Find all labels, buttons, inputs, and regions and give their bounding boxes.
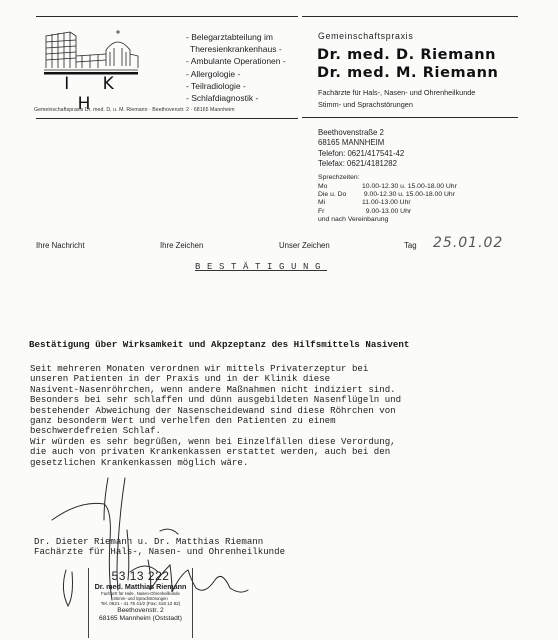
letter-heading: BESTÄTIGUNG	[195, 262, 327, 272]
services-list: - Belegarztabteilung im Theresienkranken…	[186, 31, 286, 104]
your-ref-label: Ihre Zeichen	[160, 241, 203, 250]
doctor-name-2: Dr. med. M. Riemann	[317, 65, 498, 81]
stamp-name: Dr. med. Matthias Riemann	[89, 582, 192, 591]
specialty: Fachärzte für Hals-, Nasen- und Ohrenhei…	[318, 88, 475, 97]
stamp-city: 68165 Mannheim (Oststadt)	[89, 615, 192, 623]
letter-body: Seit mehreren Monaten verordnen wir mitt…	[30, 364, 401, 468]
signatory-title: Fachärzte für Hals-, Nasen- und Ohrenhei…	[34, 547, 285, 557]
office-hours-note: und nach Vereinbarung	[318, 216, 457, 224]
service-item: - Allergologie -	[186, 68, 286, 80]
header-rule-mid-right	[302, 117, 518, 118]
sender-line: Gemeinschaftspraxis Dr. med. D. u. M. Ri…	[34, 107, 235, 113]
phone: Telefon: 0621/417541-42	[318, 149, 404, 159]
signature-block: Dr. Dieter Riemann u. Dr. Matthias Riema…	[34, 537, 285, 558]
office-hours-row: Mo 10.00-12.30 u. 15.00-18.00 Uhr	[318, 183, 457, 191]
header-rule-top-left	[36, 16, 298, 17]
body-line: gesetzlichen Krankenkassen möglich wäre.	[30, 458, 401, 468]
stamp-street: Beethovenstr. 2	[89, 607, 192, 615]
stamp-number: 53 13 222	[89, 568, 192, 582]
day-label: Tag	[404, 241, 417, 250]
service-item: Theresienkrankenhaus -	[186, 43, 286, 55]
service-item: - Ambulante Operationen -	[186, 55, 286, 67]
handwritten-date: 25.01.02	[433, 235, 503, 251]
service-item: - Teilradiologie -	[186, 80, 286, 92]
doctor-stamp: 53 13 222 Dr. med. Matthias Riemann Fach…	[88, 568, 193, 638]
fax: Telefax: 0621/4181282	[318, 159, 404, 169]
letter-subject: Bestätigung über Wirksamkeit und Akpzept…	[29, 339, 409, 350]
header-rule-top-right	[302, 16, 518, 17]
service-item: - Belegarztabteilung im	[186, 31, 286, 43]
city: 68165 MANNHEIM	[318, 138, 404, 148]
stamp-phone: Tel. 0621 - 41 75 41/2 (Fax: 418 12 82)	[89, 601, 192, 606]
street: Beethovenstraße 2	[318, 128, 404, 138]
office-hours: Mo 10.00-12.30 u. 15.00-18.00 Uhr Die u.…	[318, 183, 457, 224]
office-hours-row: Die u. Do 9.00-12.30 u. 15.00-18.00 Uhr	[318, 191, 457, 199]
practice-label: Gemeinschaftspraxis	[318, 31, 413, 41]
header-rule-mid-left	[36, 118, 298, 119]
ikh-logo: I K H	[42, 28, 140, 92]
your-message-label: Ihre Nachricht	[36, 241, 85, 250]
specialty-2: Stimm- und Sprachstörungen	[318, 100, 413, 109]
doctor-name-1: Dr. med. D. Riemann	[317, 47, 496, 63]
address-block: Beethovenstraße 2 68165 MANNHEIM Telefon…	[318, 128, 404, 169]
service-item: - Schlafdiagnostik -	[186, 92, 286, 104]
office-hours-row: Mi 11.00-13.00 Uhr	[318, 199, 457, 207]
office-hours-row: Fr 9.00-13.00 Uhr	[318, 208, 457, 216]
our-ref-label: Unser Zeichen	[279, 241, 330, 250]
office-hours-title: Sprechzeiten:	[318, 174, 360, 181]
